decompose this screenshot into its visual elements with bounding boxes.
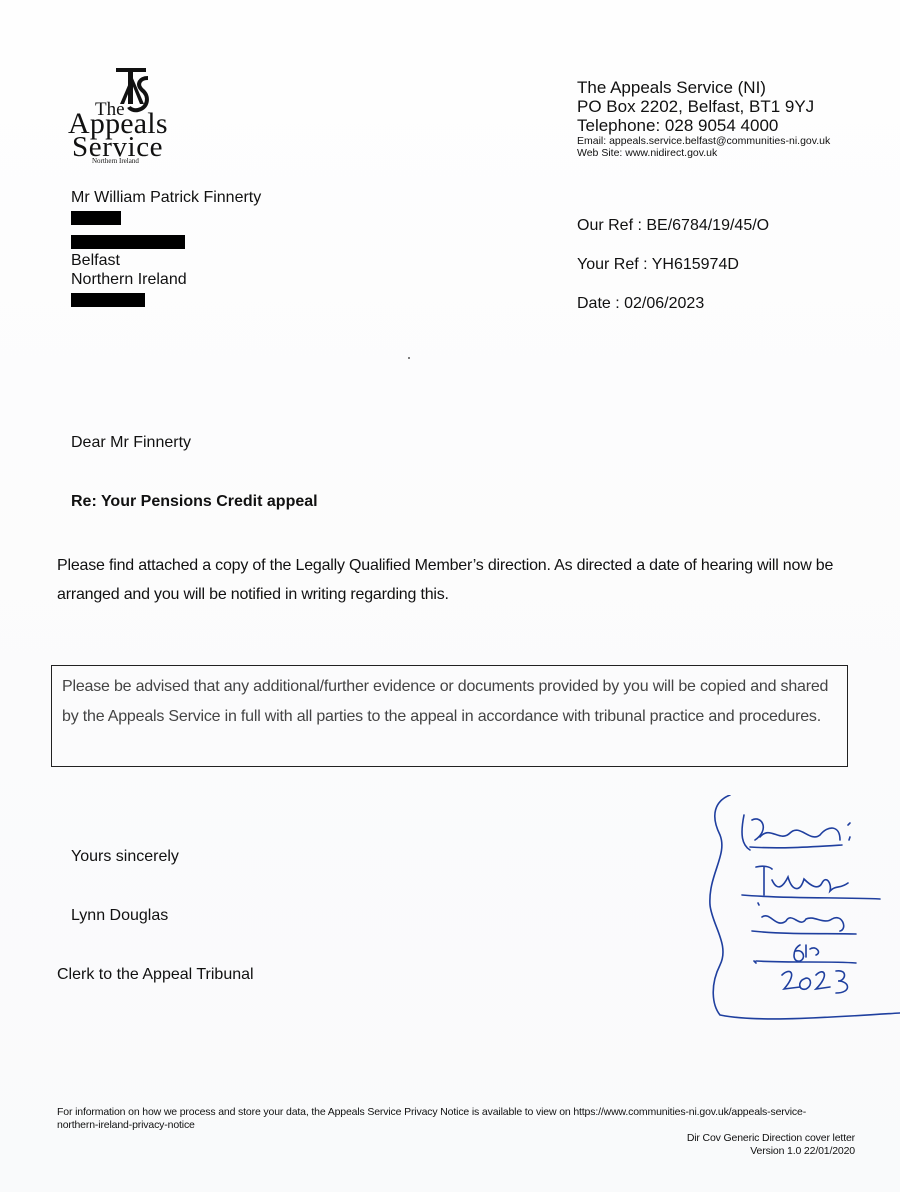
sender-website: Web Site: www.nidirect.gov.uk bbox=[577, 147, 830, 159]
document-version-block: Dir Cov Generic Direction cover letter V… bbox=[687, 1132, 855, 1157]
data-sharing-notice: Please be advised that any additional/fu… bbox=[51, 665, 848, 767]
letter-page: The Appeals Service Northern Ireland The… bbox=[0, 0, 900, 1192]
recipient-country: Northern Ireland bbox=[71, 270, 261, 290]
redaction-bar bbox=[71, 293, 145, 307]
reference-block: Our Ref : BE/6784/19/45/O Your Ref : YH6… bbox=[577, 216, 769, 333]
paper-speck bbox=[408, 357, 410, 359]
salutation: Dear Mr Finnerty bbox=[71, 434, 191, 452]
body-paragraph: Please find attached a copy of the Legal… bbox=[57, 551, 857, 609]
recipient-name: Mr William Patrick Finnerty bbox=[71, 188, 261, 208]
letter-date: Date : 02/06/2023 bbox=[577, 294, 769, 333]
sign-off: Yours sincerely bbox=[71, 848, 179, 866]
appeals-service-logo: The Appeals Service Northern Ireland bbox=[62, 62, 187, 167]
redaction-bar bbox=[71, 235, 185, 249]
logo-subtitle: Northern Ireland bbox=[92, 158, 139, 165]
our-reference: Our Ref : BE/6784/19/45/O bbox=[577, 216, 769, 255]
sender-email: Email: appeals.service.belfast@communiti… bbox=[577, 135, 830, 147]
signer-role: Clerk to the Appeal Tribunal bbox=[57, 966, 254, 984]
sender-address: PO Box 2202, Belfast, BT1 9YJ bbox=[577, 97, 830, 116]
document-version: Version 1.0 22/01/2020 bbox=[687, 1145, 855, 1158]
recipient-address-block: Mr William Patrick Finnerty Belfast Nort… bbox=[71, 188, 261, 309]
document-name: Dir Cov Generic Direction cover letter bbox=[687, 1132, 855, 1145]
your-reference: Your Ref : YH615974D bbox=[577, 255, 769, 294]
sender-name: The Appeals Service (NI) bbox=[577, 78, 830, 97]
redaction-bar bbox=[71, 211, 121, 225]
subject-line: Re: Your Pensions Credit appeal bbox=[71, 493, 318, 511]
handwritten-received-note bbox=[700, 795, 900, 1025]
sender-address-block: The Appeals Service (NI) PO Box 2202, Be… bbox=[577, 78, 830, 159]
signer-name: Lynn Douglas bbox=[71, 907, 168, 925]
privacy-footer: For information on how we process and st… bbox=[57, 1106, 817, 1131]
recipient-city: Belfast bbox=[71, 251, 261, 271]
sender-telephone: Telephone: 028 9054 4000 bbox=[577, 116, 830, 135]
